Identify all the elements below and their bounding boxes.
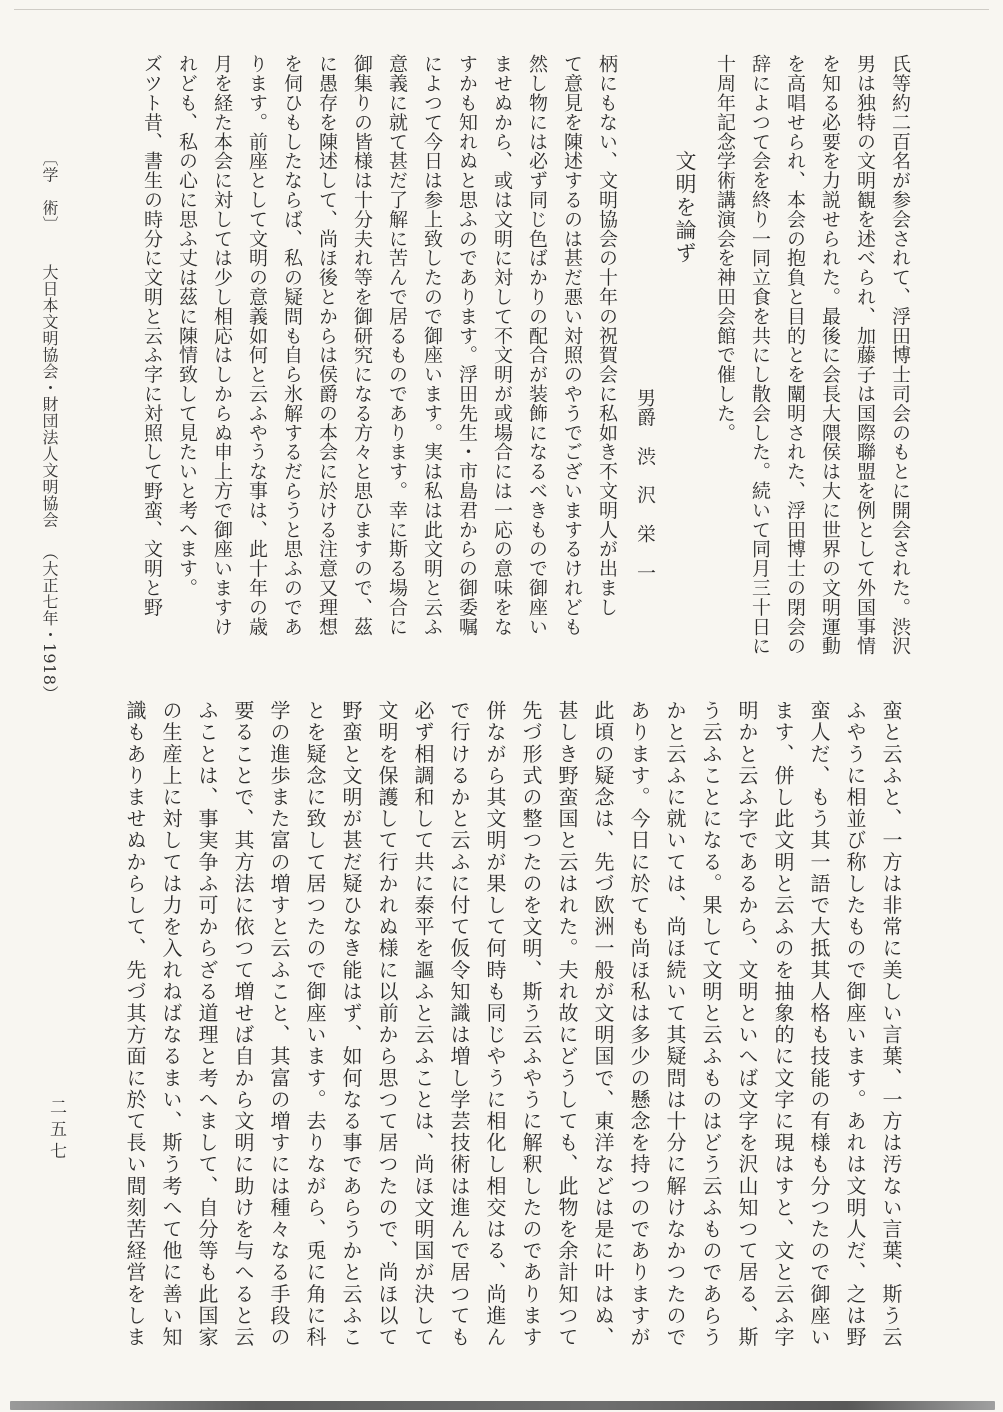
body-column: ズツト昔、書生の時分に文明と云ふ字に対照して野蛮、文明と野	[134, 54, 169, 660]
body-column: 柄にもない、文明協会の十年の祝賀会に私如き不文明人が出まし	[589, 54, 624, 660]
body-column: によつて今日は参上致したので御座います。実は私は此文明と云ふ	[414, 54, 449, 660]
body-column: かと云ふに就いては、尚ほ続いて其疑問は十分に解けなかつたので	[657, 700, 693, 1366]
body-column: ふやうに相並び称したもので御座います。あれは文明人だ、之は野	[837, 700, 873, 1366]
body-column: とを疑念に致して居つたので御座います。去りながら、兎に角に科	[297, 700, 333, 1366]
body-column: で行けるかと云ふに付て仮令知識は増し学芸技術は進んで居つても	[441, 700, 477, 1366]
body-column: の生産上に対しては力を入れねばなるまい、斯う考へて他に善い知	[153, 700, 189, 1366]
top-text-block: 氏等約二百名が参会されて、浮田博士司会のもとに開会された。渋沢 男は独特の文明観…	[134, 54, 917, 660]
bottom-text-block: 蛮と云ふと、一方は非常に美しい言葉、一方は汚ない言葉、斯う云 ふやうに相並び称し…	[117, 700, 909, 1366]
body-column: 文明を保護して行かれぬ様に以前から思つて居つたので、尚ほ以て	[369, 700, 405, 1366]
publisher-name: 大日本文明協会・財団法人文明協会	[40, 264, 59, 528]
intro-column: を高唱せられ、本会の抱負と目的とを闡明された、浮田博士の閉会の	[777, 54, 812, 660]
publication-caption: 〔学 術〕 大日本文明協会・財団法人文明協会 （大正七年・1918）	[38, 150, 61, 680]
body-column: 併ながら其文明が果して何時も同じやうに相化し相交はる、尚進ん	[477, 700, 513, 1366]
body-column: 先づ形式の整つたのを文明、斯う云ふやうに解釈したのであります	[513, 700, 549, 1366]
intro-column: 氏等約二百名が参会されて、浮田博士司会のもとに開会された。渋沢	[882, 54, 917, 660]
body-column: すかも知れぬと思ふのであります。浮田先生・市島君からの御委嘱	[449, 54, 484, 660]
scan-bottom-edge	[10, 1401, 995, 1410]
body-column: ふことは、事実争ふ可からざる道理と考へまして、自分等も此国家	[189, 700, 225, 1366]
body-column: を伺ひもしたならば、私の疑問も自ら氷解するだらうと思ふのであ	[274, 54, 309, 660]
body-column: 甚しき野蛮国と云はれた。夫れ故にどうしても、此物を余計知つて	[549, 700, 585, 1366]
intro-column: 十周年記念学術講演会を神田会館で催した。	[707, 54, 742, 660]
body-column: 要ることで、其方法に依つて増せば自から文明に助けを与へると云	[225, 700, 261, 1366]
body-column: 蛮と云ふと、一方は非常に美しい言葉、一方は汚ない言葉、斯う云	[873, 700, 909, 1366]
body-column: ます、併し此文明と云ふのを抽象的に文字に現はすと、文と云ふ字	[765, 700, 801, 1366]
body-column: 御集りの皆様は十分夫れ等を御研究になる方々と思ひますので、茲	[344, 54, 379, 660]
scanned-document-page: 氏等約二百名が参会されて、浮田博士司会のもとに開会された。渋沢 男は独特の文明観…	[0, 0, 1003, 1412]
body-column: ませぬから、或は文明に対して不文明が或場合には一応の意味をな	[484, 54, 519, 660]
body-column: に愚存を陳述して、尚ほ後とからは侯爵の本会に於ける注意又理想	[309, 54, 344, 660]
body-column: 月を経た本会に対しては少し相応はしからぬ申上方で御座いますけ	[204, 54, 239, 660]
article-author: 男爵 渋 沢 栄 一	[627, 54, 662, 660]
body-column: れども、私の心に思ふ丈は茲に陳情致して見たいと考へます。	[169, 54, 204, 660]
body-column: 然し物には必ず同じ色ばかりの配合が装飾になるべきもので御座い	[519, 54, 554, 660]
body-column: 必ず相調和して共に泰平を謳ふと云ふことは、尚ほ文明国が決して	[405, 700, 441, 1366]
intro-column: 辞によつて会を終り一同立食を共にし散会した。続いて同月三十日に	[742, 54, 777, 660]
body-column: て意見を陳述するのは甚だ悪い対照のやうでございまするけれども	[554, 54, 589, 660]
body-column: 此頃の疑念は、先づ欧洲一般が文明国で、東洋などは是に叶はぬ、	[585, 700, 621, 1366]
body-column: 蛮人だ、もう其一語で大抵其人格も技能の有様も分つたので御座い	[801, 700, 837, 1366]
body-column: 明かと云ふ字であるから、文明といへば文字を沢山知つて居る、斯	[729, 700, 765, 1366]
body-column: 学の進歩また富の増すと云ふこと、其富の増すには種々なる手段の	[261, 700, 297, 1366]
body-column: 識もありませぬからして、先づ其方面に於て長い間刻苦経営をしま	[117, 700, 153, 1366]
body-column: 野蛮と文明が甚だ疑ひなき能はず、如何なる事であらうかと云ふこ	[333, 700, 369, 1366]
body-column: う云ふことになる。果して文明と云ふものはどう云ふものであらう	[693, 700, 729, 1366]
scan-top-edge	[14, 9, 989, 10]
section-label: 〔学 術〕	[40, 150, 59, 233]
intro-column: を知る必要を力説せられた。最後に会長大隈侯は大に世界の文明運動	[812, 54, 847, 660]
intro-column: 男は独特の文明観を述べられ、加藤子は国際聯盟を例として外国事情	[847, 54, 882, 660]
page-number: 二五七	[44, 1098, 69, 1164]
body-column: 意義に就て甚だ了解に苦んで居るものであります。幸に斯る場合に	[379, 54, 414, 660]
edition-year: （大正七年・1918）	[40, 544, 59, 702]
body-column: ります。前座として文明の意義如何と云ふやうな事は、此十年の歳	[239, 54, 274, 660]
body-column: あります。今日に於ても尚ほ私は多少の懸念を持つのでありますが	[621, 700, 657, 1366]
article-title: 文明を論ず	[667, 54, 702, 660]
